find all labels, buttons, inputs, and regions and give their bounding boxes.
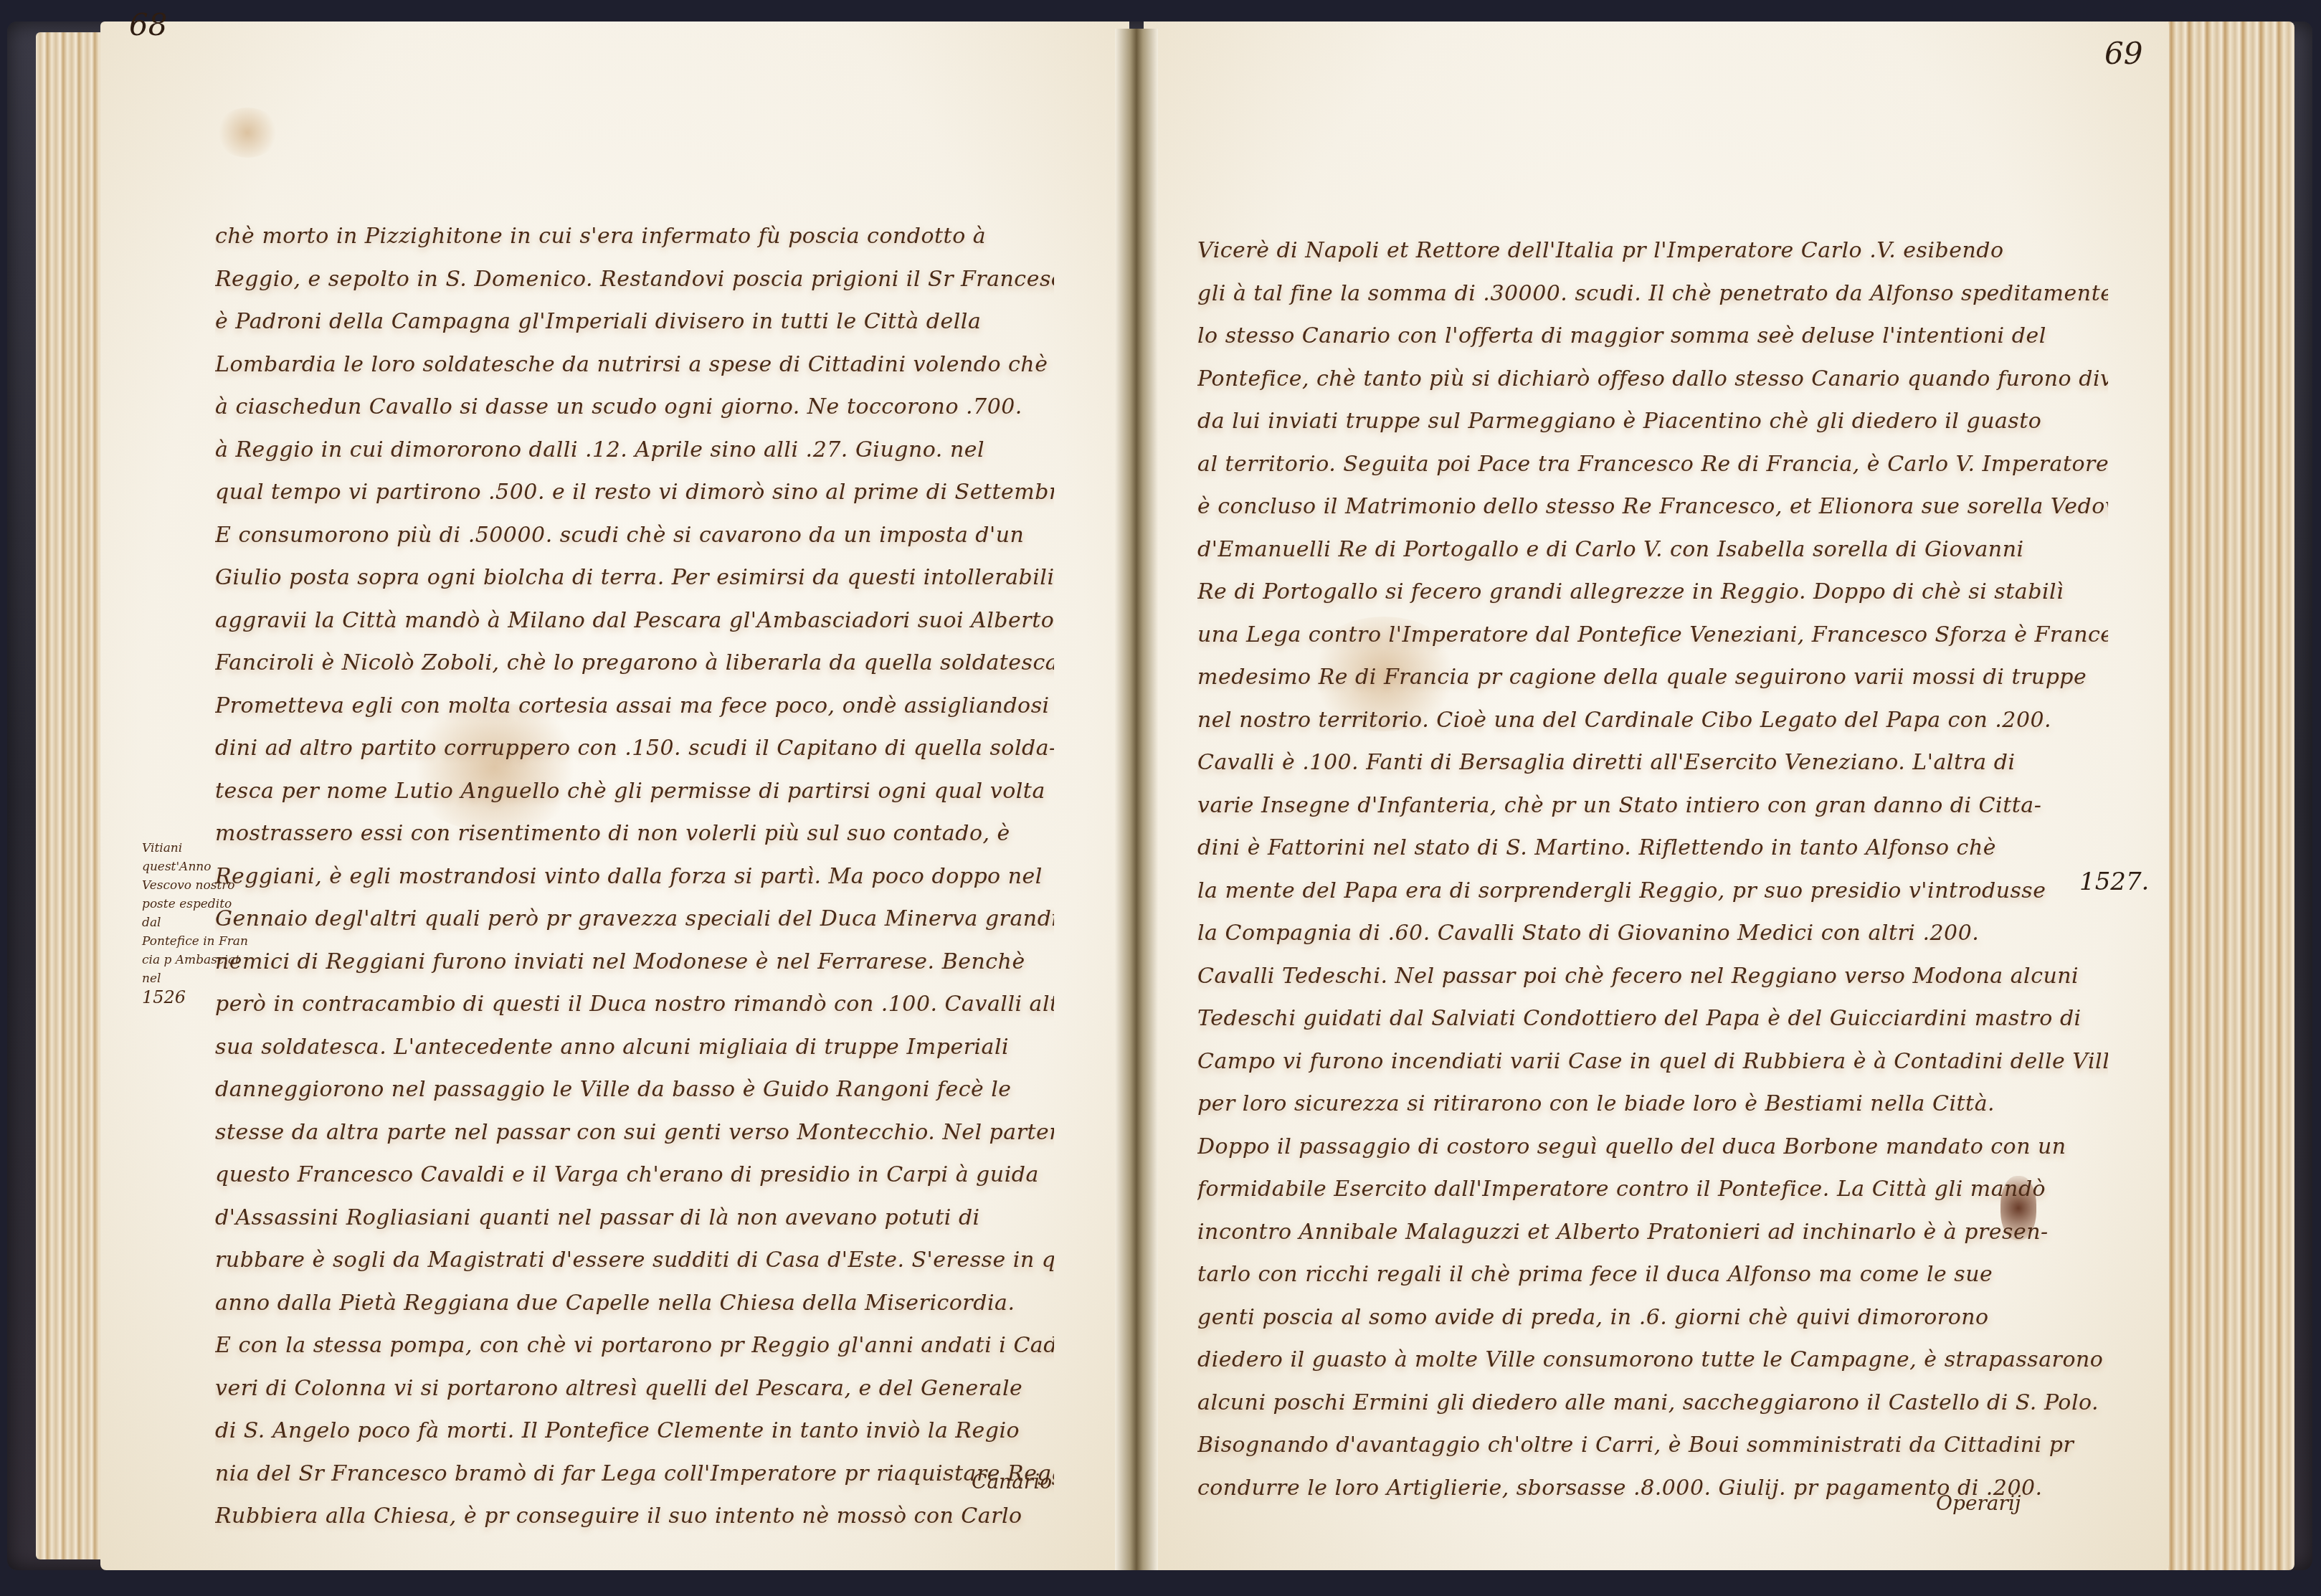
text-line: Doppo il passaggio di costoro seguì quel… — [1197, 1126, 2108, 1169]
text-line: Gennaio degl'altri quali però pr gravezz… — [215, 898, 1054, 941]
text-line: questo Francesco Cavaldi e il Varga ch'e… — [215, 1154, 1054, 1197]
right-page-edges — [2158, 22, 2294, 1570]
text-line: Cavalli è .100. Fanti di Bersaglia diret… — [1197, 741, 2108, 784]
text-line: veri di Colonna vi si portarono altresì … — [215, 1367, 1054, 1410]
text-line: Re di Portogallo si fecero grandi allegr… — [1197, 571, 2108, 614]
text-line: E con la stessa pompa, con chè vi portar… — [215, 1324, 1054, 1367]
folio-number-left: 68 — [129, 7, 167, 42]
text-line: genti poscia al somo avide di preda, in … — [1197, 1296, 2108, 1339]
margin-line: nel — [142, 969, 250, 988]
text-line: dini è Fattorini nel stato di S. Martino… — [1197, 827, 2108, 870]
text-line: Cavalli Tedeschi. Nel passar poi chè fec… — [1197, 955, 2108, 998]
text-line: tarlo con ricchi regali il chè prima fec… — [1197, 1253, 2108, 1296]
text-line: incontro Annibale Malaguzzi et Alberto P… — [1197, 1211, 2108, 1254]
text-line: nia del Sr Francesco bramò di far Lega c… — [215, 1453, 1054, 1496]
text-line: gli à tal fine la somma di .30000. scudi… — [1197, 272, 2108, 315]
text-line: Reggiani, è egli mostrandosi vinto dalla… — [215, 855, 1054, 898]
text-line: Campo vi furono incendiati varii Case in… — [1197, 1040, 2108, 1083]
text-line: Fanciroli è Nicolò Zoboli, chè lo pregar… — [215, 642, 1054, 685]
text-line: d'Emanuelli Re di Portogallo e di Carlo … — [1197, 528, 2108, 571]
text-line: Reggio, e sepolto in S. Domenico. Restan… — [215, 258, 1054, 301]
text-line: nel nostro territorio. Cioè una del Card… — [1197, 699, 2108, 742]
margin-line: Pontefice in Fran — [142, 932, 250, 951]
marginal-note: Vitiani quest'Anno Vescovo nostro poste … — [142, 839, 250, 1007]
folio-number-right: 69 — [2104, 36, 2142, 71]
text-line: stesse da altra parte nel passar con sui… — [215, 1111, 1054, 1154]
text-line: di S. Angelo poco fà morti. Il Pontefice… — [215, 1410, 1054, 1453]
text-line: lo stesso Canario con l'offerta di maggi… — [1197, 315, 2108, 358]
text-line: è concluso il Matrimonio dello stesso Re… — [1197, 485, 2108, 528]
margin-line: cia p Ambasciat — [142, 951, 250, 969]
margin-line: poste espedito dal — [142, 895, 250, 932]
text-line: Tedeschi guidati dal Salviati Condottier… — [1197, 997, 2108, 1040]
text-line: E consumorono più di .50000. scudi chè s… — [215, 514, 1054, 557]
catchword-right: Operarij — [1936, 1491, 2021, 1515]
text-line: anno dalla Pietà Reggiana due Capelle ne… — [215, 1282, 1054, 1325]
catchword-left: Canario — [972, 1470, 1052, 1493]
text-line: nemici di Reggiani furono inviati nel Mo… — [215, 941, 1054, 984]
book-gutter — [1115, 29, 1158, 1570]
text-line: però in contracambio di questi il Duca n… — [215, 983, 1054, 1026]
text-line: Bisognando d'avantaggio ch'oltre i Carri… — [1197, 1424, 2108, 1467]
text-line: à Reggio in cui dimororono dalli .12. Ap… — [215, 429, 1054, 472]
text-line: è Padroni della Campagna gl'Imperiali di… — [215, 300, 1054, 343]
margin-year: 1526 — [142, 988, 250, 1007]
margin-line: Vitiani — [142, 839, 250, 858]
text-line: rubbare è sogli da Magistrati d'essere s… — [215, 1239, 1054, 1282]
text-line: una Lega contro l'Imperatore dal Pontefi… — [1197, 614, 2108, 657]
text-line: Vicerè di Napoli et Rettore dell'Italia … — [1197, 229, 2108, 272]
marginal-year-note: 1527. — [2079, 868, 2149, 896]
margin-line: quest'Anno — [142, 858, 250, 876]
text-line: chè morto in Pizzighitone in cui s'era i… — [215, 215, 1054, 258]
text-line: qual tempo vi partirono .500. e il resto… — [215, 471, 1054, 514]
text-line: Giulio posta sopra ogni biolcha di terra… — [215, 556, 1054, 599]
text-line: al territorio. Seguita poi Pace tra Fran… — [1197, 443, 2108, 486]
text-line: la Compagnia di .60. Cavalli Stato di Gi… — [1197, 912, 2108, 955]
text-line: à ciaschedun Cavallo si dasse un scudo o… — [215, 386, 1054, 429]
right-page-text: Vicerè di Napoli et Rettore dell'Italia … — [1197, 229, 2108, 1509]
text-line: da lui inviati truppe sul Parmeggiano è … — [1197, 400, 2108, 443]
text-line: formidabile Esercito dall'Imperatore con… — [1197, 1168, 2108, 1211]
text-line: d'Assassini Rogliasiani quanti nel passa… — [215, 1197, 1054, 1240]
foxing-stain — [215, 108, 280, 158]
text-line: la mente del Papa era di sorprendergli R… — [1197, 870, 2108, 913]
text-line: sua soldatesca. L'antecedente anno alcun… — [215, 1026, 1054, 1069]
text-line: varie Insegne d'Infanteria, chè pr un St… — [1197, 784, 2108, 827]
text-line: aggravii la Città mandò à Milano dal Pes… — [215, 599, 1054, 642]
text-line: danneggiorono nel passaggio le Ville da … — [215, 1068, 1054, 1111]
text-line: Prometteva egli con molta cortesia assai… — [215, 685, 1054, 728]
text-line: Lombardia le loro soldatesche da nutrirs… — [215, 343, 1054, 386]
left-page-text: chè morto in Pizzighitone in cui s'era i… — [215, 215, 1054, 1538]
text-line: mostrassero essi con risentimento di non… — [215, 812, 1054, 855]
text-line: alcuni poschi Ermini gli diedero alle ma… — [1197, 1382, 2108, 1425]
text-line: per loro sicurezza si ritirarono con le … — [1197, 1083, 2108, 1126]
margin-line: Vescovo nostro — [142, 876, 250, 895]
text-line: medesimo Re di Francia pr cagione della … — [1197, 656, 2108, 699]
text-line: tesca per nome Lutio Anguello chè gli pe… — [215, 770, 1054, 813]
text-line: Rubbiera alla Chiesa, è pr conseguire il… — [215, 1495, 1054, 1538]
text-line: Pontefice, chè tanto più si dichiarò off… — [1197, 358, 2108, 401]
text-line: dini ad altro partito corruppero con .15… — [215, 727, 1054, 770]
text-line: diedero il guasto à molte Ville consumor… — [1197, 1339, 2108, 1382]
